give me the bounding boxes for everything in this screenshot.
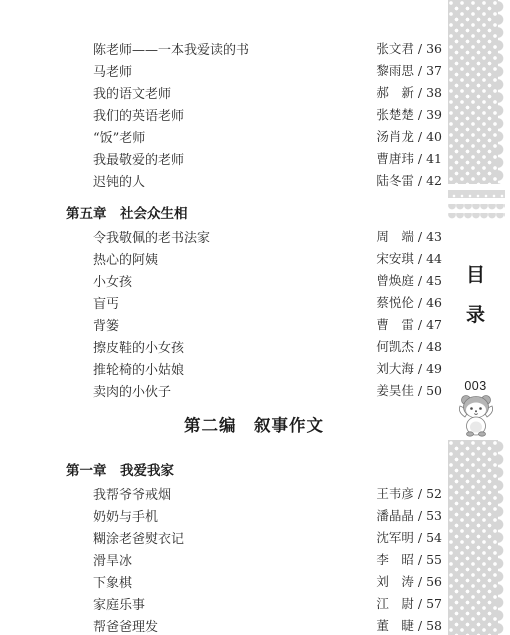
toc-entry: 我帮爷爷戒烟王韦彦 / 52: [66, 482, 442, 504]
toc-entry-author-page: 王韦彦 / 52: [376, 484, 442, 502]
toc-entry-author-page: 刘大海 / 49: [376, 359, 442, 377]
wavy-strip-decoration: [448, 213, 505, 219]
toc-entry: 背篓曹 雷 / 47: [66, 313, 442, 335]
toc-entry-title: 我的语文老师: [93, 83, 171, 102]
toc-entry: 我的语文老师郝 新 / 38: [66, 81, 442, 103]
toc-entry-author-page: 汤肖龙 / 40: [376, 127, 442, 145]
toc-entry: 我最敬爱的老师曹唐玮 / 41: [66, 147, 442, 169]
toc-entry-author-page: 蔡悦伦 / 46: [376, 293, 442, 311]
book-contents-page: 陈老师——一本我爱读的书张文君 / 36马老师黎雨思 / 37我的语文老师郝 新…: [0, 0, 510, 635]
toc-entry-author-page: 郝 新 / 38: [376, 83, 442, 101]
toc-entry-title: 我最敬爱的老师: [93, 149, 184, 168]
toc-entry-title: 我们的英语老师: [93, 105, 184, 124]
toc-entry-title: 奶奶与手机: [93, 506, 158, 525]
sidebar-bottom-band: [448, 440, 498, 635]
toc-entry: 糊涂老爸熨衣记沈军明 / 54: [66, 526, 442, 548]
wavy-strip-decoration: [448, 204, 505, 210]
toc-entry-author-page: 张文君 / 36: [376, 39, 442, 57]
toc-entry: 小女孩曾焕庭 / 45: [66, 269, 442, 291]
toc-entry: 下象棋刘 涛 / 56: [66, 570, 442, 592]
toc-entry-author-page: 曹 雷 / 47: [376, 315, 442, 333]
toc-entry-title: “饭”老师: [93, 127, 145, 146]
toc-entry-title: 陈老师——一本我爱读的书: [93, 39, 249, 58]
toc-entry-author-page: 姜昊佳 / 50: [376, 381, 442, 399]
toc-entry-author-page: 曹唐玮 / 41: [376, 149, 442, 167]
panda-mascot-icon: [456, 393, 496, 437]
toc-entry-author-page: 陆冬雷 / 42: [376, 171, 442, 189]
toc-entry: 陈老师——一本我爱读的书张文君 / 36: [66, 37, 442, 59]
lace-edge-decoration: [498, 0, 505, 184]
page-number: 003: [448, 379, 503, 393]
part-heading: 第二编 叙事作文: [66, 413, 442, 439]
vertical-title-char: 目: [466, 260, 485, 287]
toc-entry-title: 小女孩: [93, 271, 132, 290]
toc-entry-title: 擦皮鞋的小女孩: [93, 337, 184, 356]
toc-entry: 我们的英语老师张楚楚 / 39: [66, 103, 442, 125]
toc-entry-title: 盲丐: [93, 293, 119, 312]
toc-entry: 擦皮鞋的小女孩何凯杰 / 48: [66, 335, 442, 357]
chapter-heading: 第五章 社会众生相: [66, 203, 442, 225]
toc-entry-title: 家庭乐事: [93, 594, 145, 613]
toc-entry: 盲丐蔡悦伦 / 46: [66, 291, 442, 313]
toc-entry-title: 卖肉的小伙子: [93, 381, 171, 400]
toc-entry: 迟钝的人陆冬雷 / 42: [66, 169, 442, 191]
toc-entry: 家庭乐事江 尉 / 57: [66, 592, 442, 614]
toc-entry: “饭”老师汤肖龙 / 40: [66, 125, 442, 147]
toc-entry-author-page: 江 尉 / 57: [376, 594, 442, 612]
lace-edge-decoration: [498, 440, 505, 635]
toc-entry-title: 我帮爷爷戒烟: [93, 484, 171, 503]
toc-entry-author-page: 沈军明 / 54: [376, 528, 442, 546]
toc-entry-author-page: 周 端 / 43: [376, 227, 442, 245]
toc-entry-title: 推轮椅的小姑娘: [93, 359, 184, 378]
toc-entry-author-page: 宋安琪 / 44: [376, 249, 442, 267]
toc-entry-title: 下象棋: [93, 572, 132, 591]
toc-entry: 帮爸爸理发董 睫 / 58: [66, 614, 442, 635]
toc-entry-title: 令我敬佩的老书法家: [93, 227, 210, 246]
toc-entry: 令我敬佩的老书法家周 端 / 43: [66, 225, 442, 247]
toc: 陈老师——一本我爱读的书张文君 / 36马老师黎雨思 / 37我的语文老师郝 新…: [66, 0, 442, 635]
toc-entry: 推轮椅的小姑娘刘大海 / 49: [66, 357, 442, 379]
toc-entry-title: 迟钝的人: [93, 171, 145, 190]
toc-entry-title: 滑旱冰: [93, 550, 132, 569]
toc-entry: 马老师黎雨思 / 37: [66, 59, 442, 81]
toc-entry-author-page: 刘 涛 / 56: [376, 572, 442, 590]
vertical-title-char: 录: [466, 300, 485, 327]
dotted-strip-decoration: [448, 190, 505, 198]
toc-entry-title: 糊涂老爸熨衣记: [93, 528, 184, 547]
toc-entry-title: 背篓: [93, 315, 119, 334]
toc-entry-author-page: 潘晶晶 / 53: [376, 506, 442, 524]
chapter-heading: 第一章 我爱我家: [66, 460, 442, 482]
toc-entry-author-page: 董 睫 / 58: [376, 616, 442, 634]
sidebar-top-band: [448, 0, 498, 184]
toc-entry: 热心的阿姨宋安琪 / 44: [66, 247, 442, 269]
sidebar-vertical-title: 目 录: [448, 260, 503, 327]
toc-entry-author-page: 曾焕庭 / 45: [376, 271, 442, 289]
toc-entry-author-page: 张楚楚 / 39: [376, 105, 442, 123]
toc-entry: 奶奶与手机潘晶晶 / 53: [66, 504, 442, 526]
toc-entry-author-page: 黎雨思 / 37: [376, 61, 442, 79]
toc-entry-title: 热心的阿姨: [93, 249, 158, 268]
toc-entry-title: 帮爸爸理发: [93, 616, 158, 635]
toc-entry: 滑旱冰李 昭 / 55: [66, 548, 442, 570]
toc-entry-author-page: 何凯杰 / 48: [376, 337, 442, 355]
toc-entry-author-page: 李 昭 / 55: [376, 550, 442, 568]
toc-entry: 卖肉的小伙子姜昊佳 / 50: [66, 379, 442, 401]
toc-entry-title: 马老师: [93, 61, 132, 80]
